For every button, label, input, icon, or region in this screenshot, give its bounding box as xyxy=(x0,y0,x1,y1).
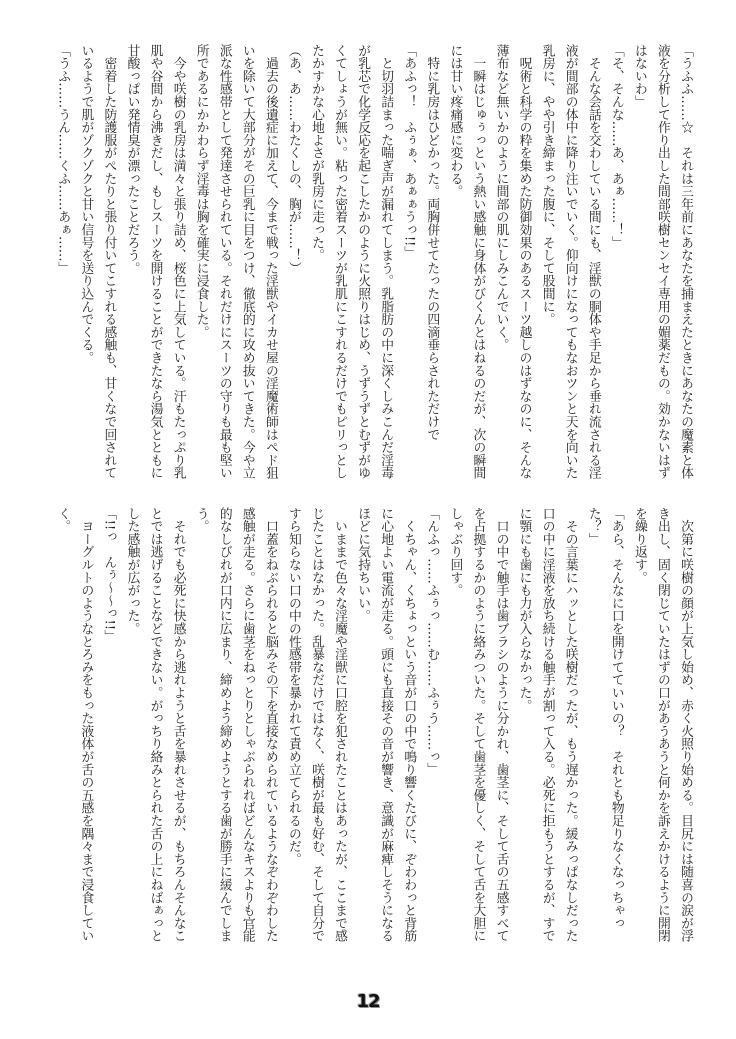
dialogue-paragraph: 「そ、そんな……あ、あぁ……！」 xyxy=(605,44,628,486)
narration-paragraph: くちゃん、くちょっという音が口の中で鳴り響くたびに、ぞわわっと背筋 に心地よい電… xyxy=(351,507,420,949)
text-column: 「うふ……うん……くふ……あぁ……」 xyxy=(51,44,74,486)
text-column: と切羽詰まった喘ぎ声が漏れてしまう。乳脂肪の中に深くしみこんだ淫毒 xyxy=(374,44,397,486)
narration-paragraph: 密着した防護服がぺたりと張り付いてこすれる感触も、甘くなで回されて いるようで肌… xyxy=(74,44,120,486)
inner-thought-paragraph: （あ、あ……わたくしの、胸が……！） xyxy=(282,44,305,486)
narration-paragraph: 呪術と科学の粋を集めた防御効果のあるスーツ越しのはずなのに、そんな 薄布など無い… xyxy=(489,44,535,486)
narration-paragraph: 口の中で触手は歯ブラシのように分かれ、歯茎に、そして舌の五感すべて を占拠するか… xyxy=(443,507,512,949)
text-column: には甘い疼痛感に変わる。 xyxy=(443,44,466,486)
text-column: 「んふっ……ふぅっ……む……ふぅう……っ」 xyxy=(420,507,443,949)
text-column: たかすかな心地よさが乳房に走った。 xyxy=(305,44,328,486)
text-column: ほどに気持ちいい。 xyxy=(351,507,374,949)
text-column: 薄布など無いかのように間部の肌にしみこんでいく。 xyxy=(489,44,512,486)
text-column: き出し、固く閉じていたはずの口があうあうと何かを訴えかけるように開閉 xyxy=(651,507,674,949)
text-column: 口の中に淫液を放ち続ける触手が割って入る。必死に拒もうとするが、すで xyxy=(536,507,559,949)
text-column: 液を分析して作り出した間部咲樹センセイ専用の媚薬だもの。効かないはず xyxy=(651,44,674,486)
text-column: （あ、あ……わたくしの、胸が……！） xyxy=(282,44,305,486)
text-column: いるようで肌がゾクゾクと甘い信号を送り込んでくる。 xyxy=(74,44,97,486)
text-column: 的なしびれが口内に広まり、締めよう締めようとする歯が勝手に緩んでしま xyxy=(213,507,236,949)
lower-text-block: 次第に咲樹の顔が上気し始め、赤く火照り始める。目尻には随喜の涙が浮 き出し、固く… xyxy=(51,507,697,949)
text-column: 派な性感帯として発達させられている。それだけにスーツの守りも最も堅い xyxy=(213,44,236,486)
text-column: を繰り返す。 xyxy=(628,507,651,949)
text-column: した感触が広がった。 xyxy=(120,507,143,949)
text-column: 所であるにかかわらず淫毒は胸を確実に浸食した。 xyxy=(190,44,213,486)
text-column: う。 xyxy=(190,507,213,949)
text-column: 甘酸っぱい発情臭が漂ったことだろう。 xyxy=(120,44,143,486)
text-column: 「!!っ んぅ〜〜っ!!」 xyxy=(97,507,120,949)
text-column: が乳芯で化学反応を起こしたかのように火照りはじめ、うずうずとむずがゆ xyxy=(351,44,374,486)
text-column: 口蓋をねぶられると脳みその下を直接なめられているようなぞわぞわした xyxy=(259,507,282,949)
text-column: いままで色々な淫魔や淫獣に口腔を犯されたことはあったが、ここまで感 xyxy=(328,507,351,949)
text-column: 乳房に、やや引き締まった腹に、そして股間に。 xyxy=(536,44,559,486)
text-column: に顎にも歯にも力が入らなかった。 xyxy=(513,507,536,949)
narration-paragraph: 今や咲樹の乳房は満々と張り詰め、桜色に上気している。汗もたっぷり乳 肌や谷間から… xyxy=(120,44,189,486)
dialogue-paragraph: 「んふっ……ふぅっ……む……ふぅう……っ」 xyxy=(420,507,443,949)
text-column: その言葉にハッとした咲樹だったが、もう遅かった。緩みっぱなしだった xyxy=(559,507,582,949)
text-column: く。 xyxy=(51,507,74,949)
text-column: とでは逃げることなどできない。がっちり絡みとられた舌の上にねばぁっと xyxy=(144,507,167,949)
page-number: 12 xyxy=(350,990,386,1014)
text-column: 今や咲樹の乳房は満々と張り詰め、桜色に上気している。汗もたっぷり乳 xyxy=(167,44,190,486)
dialogue-paragraph: 「あら、そんなに口を開けてていいの？ それとも物足りなくなっちゃっ た？」 xyxy=(582,507,628,949)
text-column: ヨーグルトのようなとろみをもった液体が舌の五感を隅々まで浸食してい xyxy=(74,507,97,949)
text-column: 感触が走る。さらに歯茎をねっとりとしゃぶられればどんなキスよりも官能 xyxy=(236,507,259,949)
narration-paragraph: そんな会話を交わしている間にも、淫獣の胴体や手足から垂れ流される淫 液が間部の体… xyxy=(536,44,605,486)
narration-paragraph: その言葉にハッとした咲樹だったが、もう遅かった。緩みっぱなしだった 口の中に淫液… xyxy=(513,507,582,949)
text-column: 肌や谷間から沸きだし、もしスーツを開けることができたなら湯気とともに xyxy=(144,44,167,486)
text-column: すら知らない口の中の性感帯を暴かれて責め立てられるのだ。 xyxy=(282,507,305,949)
text-column: に心地よい電流が走る。頭にも直接その音が響き、意識が麻痺しそうになる xyxy=(374,507,397,949)
narration-paragraph: 特に乳房はひどかった。両胸併せてたったの四滴垂らされただけで xyxy=(420,44,443,486)
narration-paragraph: いままで色々な淫魔や淫獣に口腔を犯されたことはあったが、ここまで感 じたことはな… xyxy=(282,507,351,949)
narration-paragraph: 口蓋をねぶられると脳みその下を直接なめられているようなぞわぞわした 感触が走る。… xyxy=(190,507,282,949)
text-column: くちゃん、くちょっという音が口の中で鳴り響くたびに、ぞわわっと背筋 xyxy=(397,507,420,949)
text-column: た？」 xyxy=(582,507,605,949)
text-column: はないわ」 xyxy=(628,44,651,486)
narration-paragraph: 一瞬はじゅぅっという熱い感触に身体がびくんとはねるのだが、次の瞬間 には甘い疼痛… xyxy=(443,44,489,486)
dialogue-paragraph: 「!!っ んぅ〜〜っ!!」 xyxy=(97,507,120,949)
text-column: 次第に咲樹の顔が上気し始め、赤く火照り始める。目尻には随喜の涙が浮 xyxy=(674,507,697,949)
dialogue-paragraph: 「あふっ！ ふぅぁ、あぁぁうっ!!」 xyxy=(397,44,420,486)
dialogue-paragraph: 「うふ……うん……くふ……あぁ……」 xyxy=(51,44,74,486)
text-column: 「うふふ……☆ それは三年前にあなたを捕まえたときにあなたの魔素と体 xyxy=(674,44,697,486)
text-column: それでも必死に快感から逃れようと舌を暴れさせるが、もちろんそんなこ xyxy=(167,507,190,949)
text-column: 「あら、そんなに口を開けてていいの？ それとも物足りなくなっちゃっ xyxy=(605,507,628,949)
narration-paragraph: ヨーグルトのようなとろみをもった液体が舌の五感を隅々まで浸食してい く。 xyxy=(51,507,97,949)
narration-paragraph: と切羽詰まった喘ぎ声が漏れてしまう。乳脂肪の中に深くしみこんだ淫毒 が乳芯で化学… xyxy=(305,44,397,486)
text-column: いを除いて大部分がその巨乳に目をつけ、徹底的に攻め抜いてきた。今や立 xyxy=(236,44,259,486)
text-column: 口の中で触手は歯ブラシのように分かれ、歯茎に、そして舌の五感すべて xyxy=(489,507,512,949)
text-column: 呪術と科学の粋を集めた防御効果のあるスーツ越しのはずなのに、そんな xyxy=(513,44,536,486)
text-column: 密着した防護服がぺたりと張り付いてこすれる感触も、甘くなで回されて xyxy=(97,44,120,486)
text-column: 一瞬はじゅぅっという熱い感触に身体がびくんとはねるのだが、次の瞬間 xyxy=(466,44,489,486)
dialogue-paragraph: 「うふふ……☆ それは三年前にあなたを捕まえたときにあなたの魔素と体 液を分析し… xyxy=(628,44,697,486)
narration-paragraph: 次第に咲樹の顔が上気し始め、赤く火照り始める。目尻には随喜の涙が浮 き出し、固く… xyxy=(628,507,697,949)
text-column: しゃぶり回す。 xyxy=(443,507,466,949)
text-column: 液が間部の体中に降り注いでいく。仰向けになってもなおツンと天を向いた xyxy=(559,44,582,486)
text-column: そんな会話を交わしている間にも、淫獣の胴体や手足から垂れ流される淫 xyxy=(582,44,605,486)
text-column: くてしょうが無い。粘った密着スーツが乳肌にこすれるだけでもピリっとし xyxy=(328,44,351,486)
text-column: を占拠するかのように絡みついた。そして歯茎を優しく、そして舌を大胆に xyxy=(466,507,489,949)
upper-text-block: 「うふふ……☆ それは三年前にあなたを捕まえたときにあなたの魔素と体 液を分析し… xyxy=(51,44,697,486)
text-column: 「そ、そんな……あ、あぁ……！」 xyxy=(605,44,628,486)
narration-paragraph: それでも必死に快感から逃れようと舌を暴れさせるが、もちろんそんなこ とでは逃げる… xyxy=(120,507,189,949)
text-column: 特に乳房はひどかった。両胸併せてたったの四滴垂らされただけで xyxy=(420,44,443,486)
text-column: 「あふっ！ ふぅぁ、あぁぁうっ!!」 xyxy=(397,44,420,486)
narration-paragraph: 過去の後遺症に加えて、今まで戦った淫獣やイカせ屋の淫魔術師はペド狙 いを除いて大… xyxy=(190,44,282,486)
text-column: 過去の後遺症に加えて、今まで戦った淫獣やイカせ屋の淫魔術師はペド狙 xyxy=(259,44,282,486)
text-column: じたことはなかった。乱暴なだけではなく、咲樹が最も好む、そして自分で xyxy=(305,507,328,949)
